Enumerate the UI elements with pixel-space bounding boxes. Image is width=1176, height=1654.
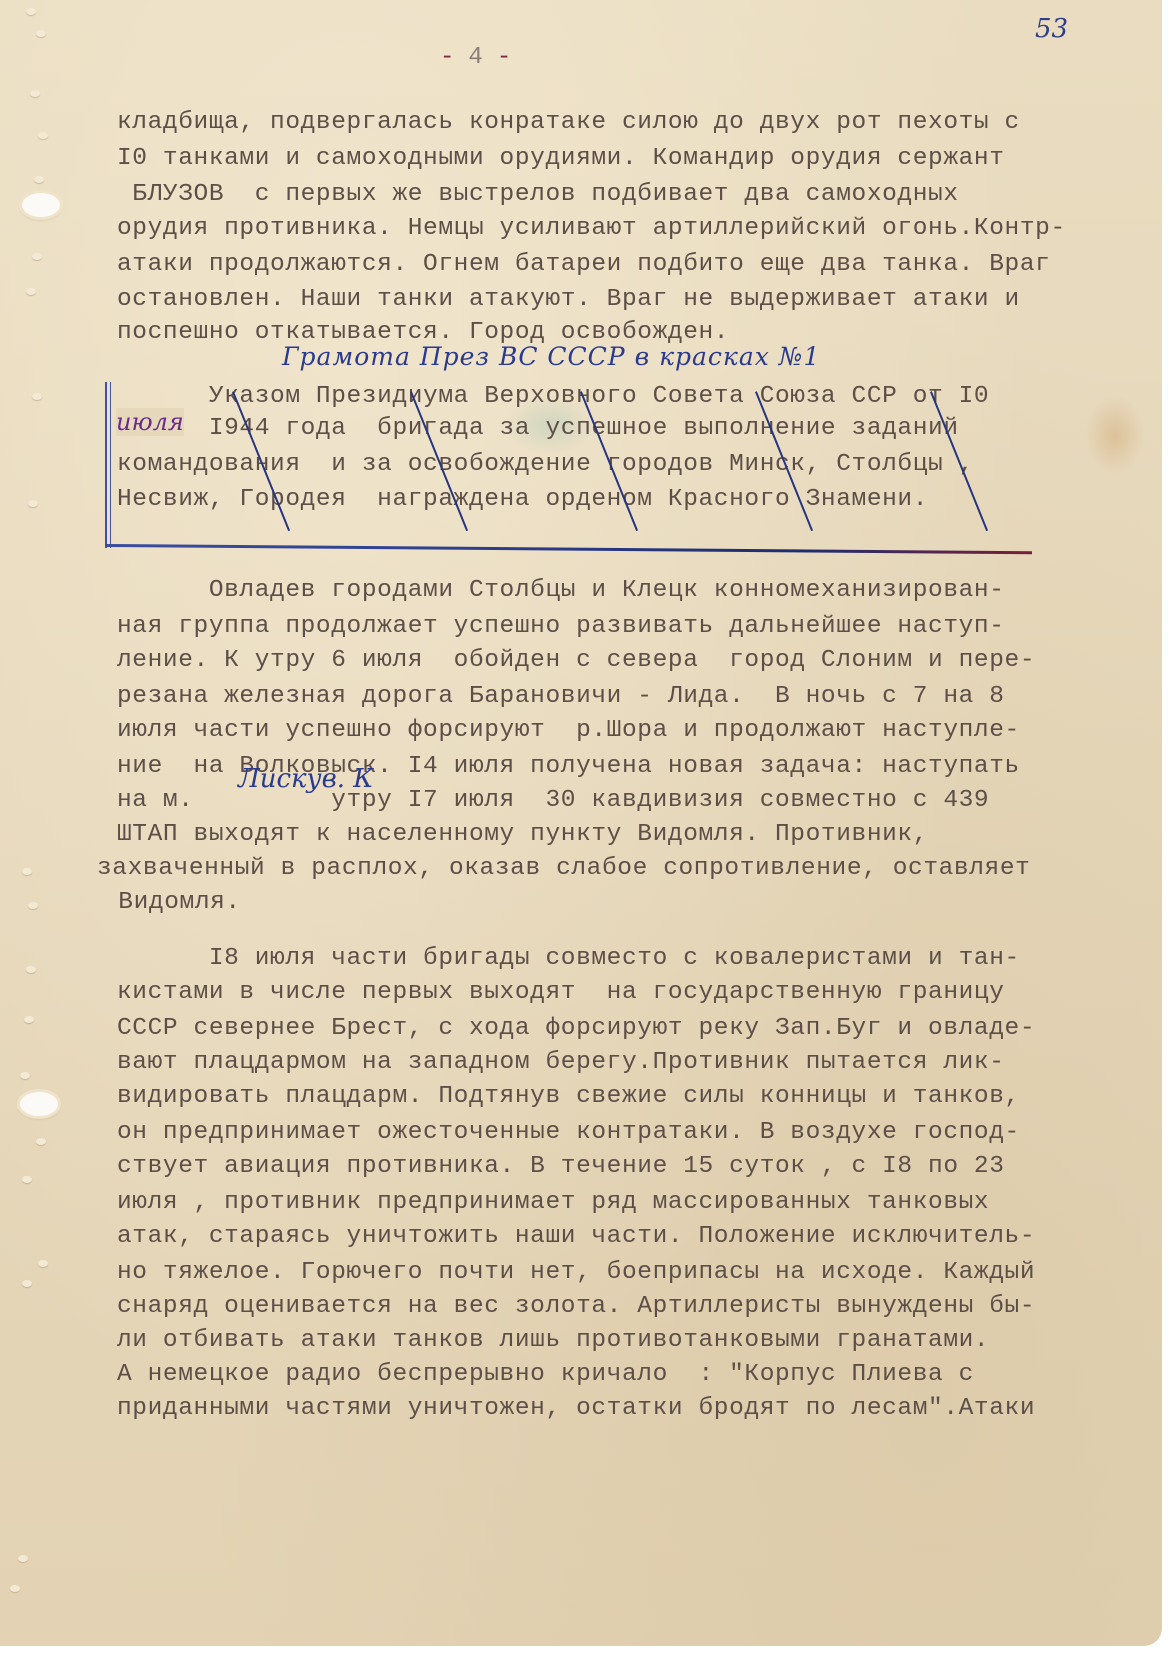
text-line: I0 танками и самоходными орудиями. Коман…: [117, 144, 1005, 174]
binding-mark: [30, 90, 40, 97]
binding-mark: [34, 176, 44, 183]
folio-number: 53: [1035, 14, 1068, 44]
punch-hole: [20, 1092, 58, 1116]
binding-mark: [32, 393, 42, 400]
text-line: Видомля.: [103, 888, 241, 918]
text-line: Указом Президиума Верховного Совета Союз…: [117, 382, 989, 412]
text-line: СССР севернее Брест, с хода форсируют ре…: [117, 1014, 1035, 1044]
text-line: командования и за освобождение городов М…: [117, 450, 974, 480]
text-line: БЛУЗОВ с первых же выстрелов подбивает д…: [117, 180, 959, 210]
binding-mark: [36, 30, 46, 37]
text-line: резана железная дорога Барановичи - Лида…: [117, 682, 1005, 712]
text-line: снаряд оценивается на вес золота. Артилл…: [117, 1292, 1035, 1322]
text-line: ли отбивать атаки танков лишь противотан…: [117, 1326, 989, 1356]
page-number: -4-: [440, 44, 525, 71]
binding-mark: [32, 253, 42, 260]
text-line: вают плацдармом на западном берегу.Проти…: [117, 1048, 1005, 1078]
text-line: приданными частями уничтожен, остатки бр…: [117, 1394, 1035, 1424]
binding-mark: [38, 132, 48, 139]
binding-mark: [10, 1585, 20, 1592]
text-line: Несвиж, Городея награждена орденом Красн…: [117, 485, 928, 515]
handwritten-month-correction: июля: [116, 408, 184, 436]
text-line: ствует авиация противника. В течение 15 …: [117, 1152, 1005, 1182]
text-line: I8 июля части бригады совместо с ковалер…: [117, 944, 1020, 974]
handwritten-annotation: Грамота През ВС СССР в красках №1: [282, 342, 820, 371]
text-line: орудия противника. Немцы усиливают артил…: [117, 214, 1066, 244]
punch-hole: [22, 193, 60, 217]
handwritten-place-name: Лискув. К: [238, 764, 373, 794]
text-line: кладбища, подвергалась конратаке силою д…: [117, 108, 1020, 138]
binding-mark: [26, 8, 36, 15]
text-line: ШТАП выходят к населенному пункту Видомл…: [117, 820, 928, 850]
binding-mark: [24, 1016, 34, 1023]
text-line: июля части успешно форсируют р.Шора и пр…: [117, 716, 1020, 746]
scanned-document-page: 53 -4- кладбища, подвергалась конратаке …: [0, 0, 1162, 1646]
binding-mark: [26, 966, 36, 973]
text-line: ление. К утру 6 июля обойден с севера го…: [117, 646, 1035, 676]
binding-mark: [36, 1138, 46, 1145]
binding-mark: [18, 1555, 28, 1562]
text-line: но тяжелое. Горючего почти нет, боеприпа…: [117, 1258, 1035, 1288]
text-line: видировать плацдарм. Подтянув свежие сил…: [117, 1082, 1020, 1112]
text-line: Овладев городами Столбцы и Клецк конноме…: [117, 576, 1005, 606]
text-line: атаки продолжаются. Огнем батареи подбит…: [117, 250, 1050, 280]
text-line: А немецкое радио беспрерывно кричало : "…: [117, 1360, 974, 1390]
binding-mark: [22, 1176, 32, 1183]
text-line: атак, стараясь уничтожить наши части. По…: [117, 1222, 1035, 1252]
underline-bracket: [105, 544, 1032, 554]
text-line: кистами в числе первых выходят на госуда…: [117, 978, 1005, 1008]
binding-mark: [28, 902, 38, 909]
binding-mark: [22, 1280, 32, 1287]
text-line: ная группа продолжает успешно развивать …: [117, 612, 1005, 642]
binding-mark: [26, 288, 36, 295]
text-line: он предпринимает ожесточенные контратаки…: [117, 1118, 1020, 1148]
binding-mark: [38, 1260, 48, 1267]
binding-mark: [20, 1072, 30, 1079]
text-line: I944 года бригада за успешное выполнение…: [117, 414, 959, 444]
text-line: остановлен. Наши танки атакуют. Враг не …: [117, 285, 1020, 315]
binding-mark: [22, 868, 32, 875]
paper-stain: [1085, 395, 1145, 475]
text-line: июля , противник предпринимает ряд масси…: [117, 1188, 989, 1218]
binding-mark: [28, 500, 38, 507]
text-line: захваченный в расплох, оказав слабое соп…: [97, 854, 1030, 884]
